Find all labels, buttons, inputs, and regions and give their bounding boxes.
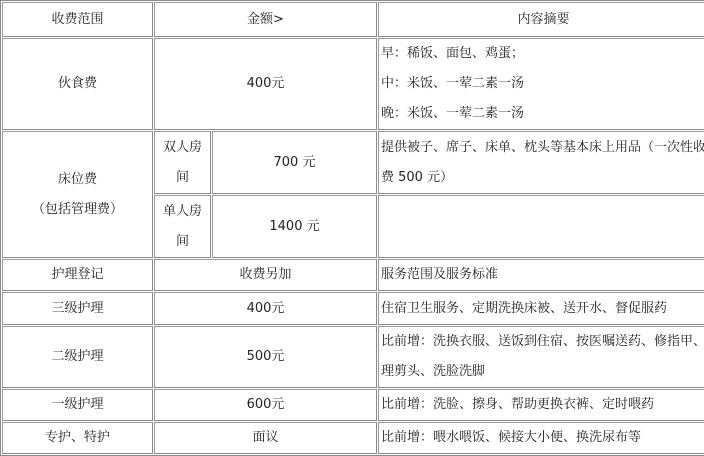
food-summary: 早：稀饭、面包、鸡蛋； 中：米饭、一荤二素一汤 晚：米饭、一荤二素一汤: [378, 38, 704, 130]
food-breakfast: 早：稀饭、面包、鸡蛋；: [381, 39, 704, 69]
single-room-summary: [378, 195, 704, 258]
table-row-food: 伙食费 400元 早：稀饭、面包、鸡蛋； 中：米饭、一荤二素一汤 晚：米饭、一荤…: [2, 38, 704, 130]
table-row-bed-double: 床位费 （包括管理费） 双人房 间 700 元 提供被子、席子、床单、枕头等基本…: [2, 131, 704, 194]
care-register-amount: 收费另加: [154, 259, 377, 291]
single-room-type: 单人房 间: [154, 195, 211, 258]
care-level2-amount: 500元: [154, 326, 377, 388]
care-level1-scope: 一级护理: [2, 389, 153, 421]
bed-scope-title: 床位费: [5, 165, 150, 195]
care-register-scope: 护理登记: [2, 259, 153, 291]
fee-table: 收费范围 金额> 内容摘要 伙食费 400元 早：稀饭、面包、鸡蛋； 中：米饭、…: [0, 0, 704, 450]
single-room-type-line1: 单人房: [157, 197, 208, 227]
care-level2-scope: 二级护理: [2, 326, 153, 388]
food-dinner: 晚：米饭、一荤二素一汤: [381, 99, 704, 129]
double-room-summary: 提供被子、席子、床单、枕头等基本床上用品（一次性收费 500 元）: [378, 131, 704, 194]
care-level3-scope: 三级护理: [2, 292, 153, 325]
table-row-care-level2: 二级护理 500元 比前增：洗换衣服、送饭到住宿、按医嘱送药、修指甲、理剪头、洗…: [2, 326, 704, 388]
care-level1-amount: 600元: [154, 389, 377, 421]
care-special-summary: 比前增：喂水喂饭、候接大小便、换洗尿布等: [378, 422, 704, 450]
double-room-type-line1: 双人房: [157, 133, 208, 163]
food-scope: 伙食费: [2, 38, 153, 130]
header-row: 收费范围 金额> 内容摘要: [2, 2, 704, 37]
table-row-care-register: 护理登记 收费另加 服务范围及服务标准: [2, 259, 704, 291]
care-register-summary: 服务范围及服务标准: [378, 259, 704, 291]
header-scope: 收费范围: [2, 2, 153, 37]
double-room-amount: 700 元: [212, 131, 377, 194]
header-amount: 金额>: [154, 2, 377, 37]
care-level1-summary: 比前增：洗脸、擦身、帮助更换衣裤、定时喂药: [378, 389, 704, 421]
care-special-amount: 面议: [154, 422, 377, 450]
care-level3-summary: 住宿卫生服务、定期洗换床被、送开水、督促服药: [378, 292, 704, 325]
single-room-amount: 1400 元: [212, 195, 377, 258]
bed-scope: 床位费 （包括管理费）: [2, 131, 153, 258]
header-summary: 内容摘要: [378, 2, 704, 37]
care-level2-summary: 比前增：洗换衣服、送饭到住宿、按医嘱送药、修指甲、理剪头、洗脸洗脚: [378, 326, 704, 388]
single-room-type-line2: 间: [157, 227, 208, 257]
table-row-care-special: 专护、特护 面议 比前增：喂水喂饭、候接大小便、换洗尿布等: [2, 422, 704, 450]
table-row-care-level1: 一级护理 600元 比前增：洗脸、擦身、帮助更换衣裤、定时喂药: [2, 389, 704, 421]
care-level3-amount: 400元: [154, 292, 377, 325]
double-room-type-line2: 间: [157, 163, 208, 193]
food-amount: 400元: [154, 38, 377, 130]
double-room-type: 双人房 间: [154, 131, 211, 194]
food-lunch: 中：米饭、一荤二素一汤: [381, 69, 704, 99]
table-row-care-level3: 三级护理 400元 住宿卫生服务、定期洗换床被、送开水、督促服药: [2, 292, 704, 325]
care-special-scope: 专护、特护: [2, 422, 153, 450]
bed-scope-note: （包括管理费）: [5, 195, 150, 225]
